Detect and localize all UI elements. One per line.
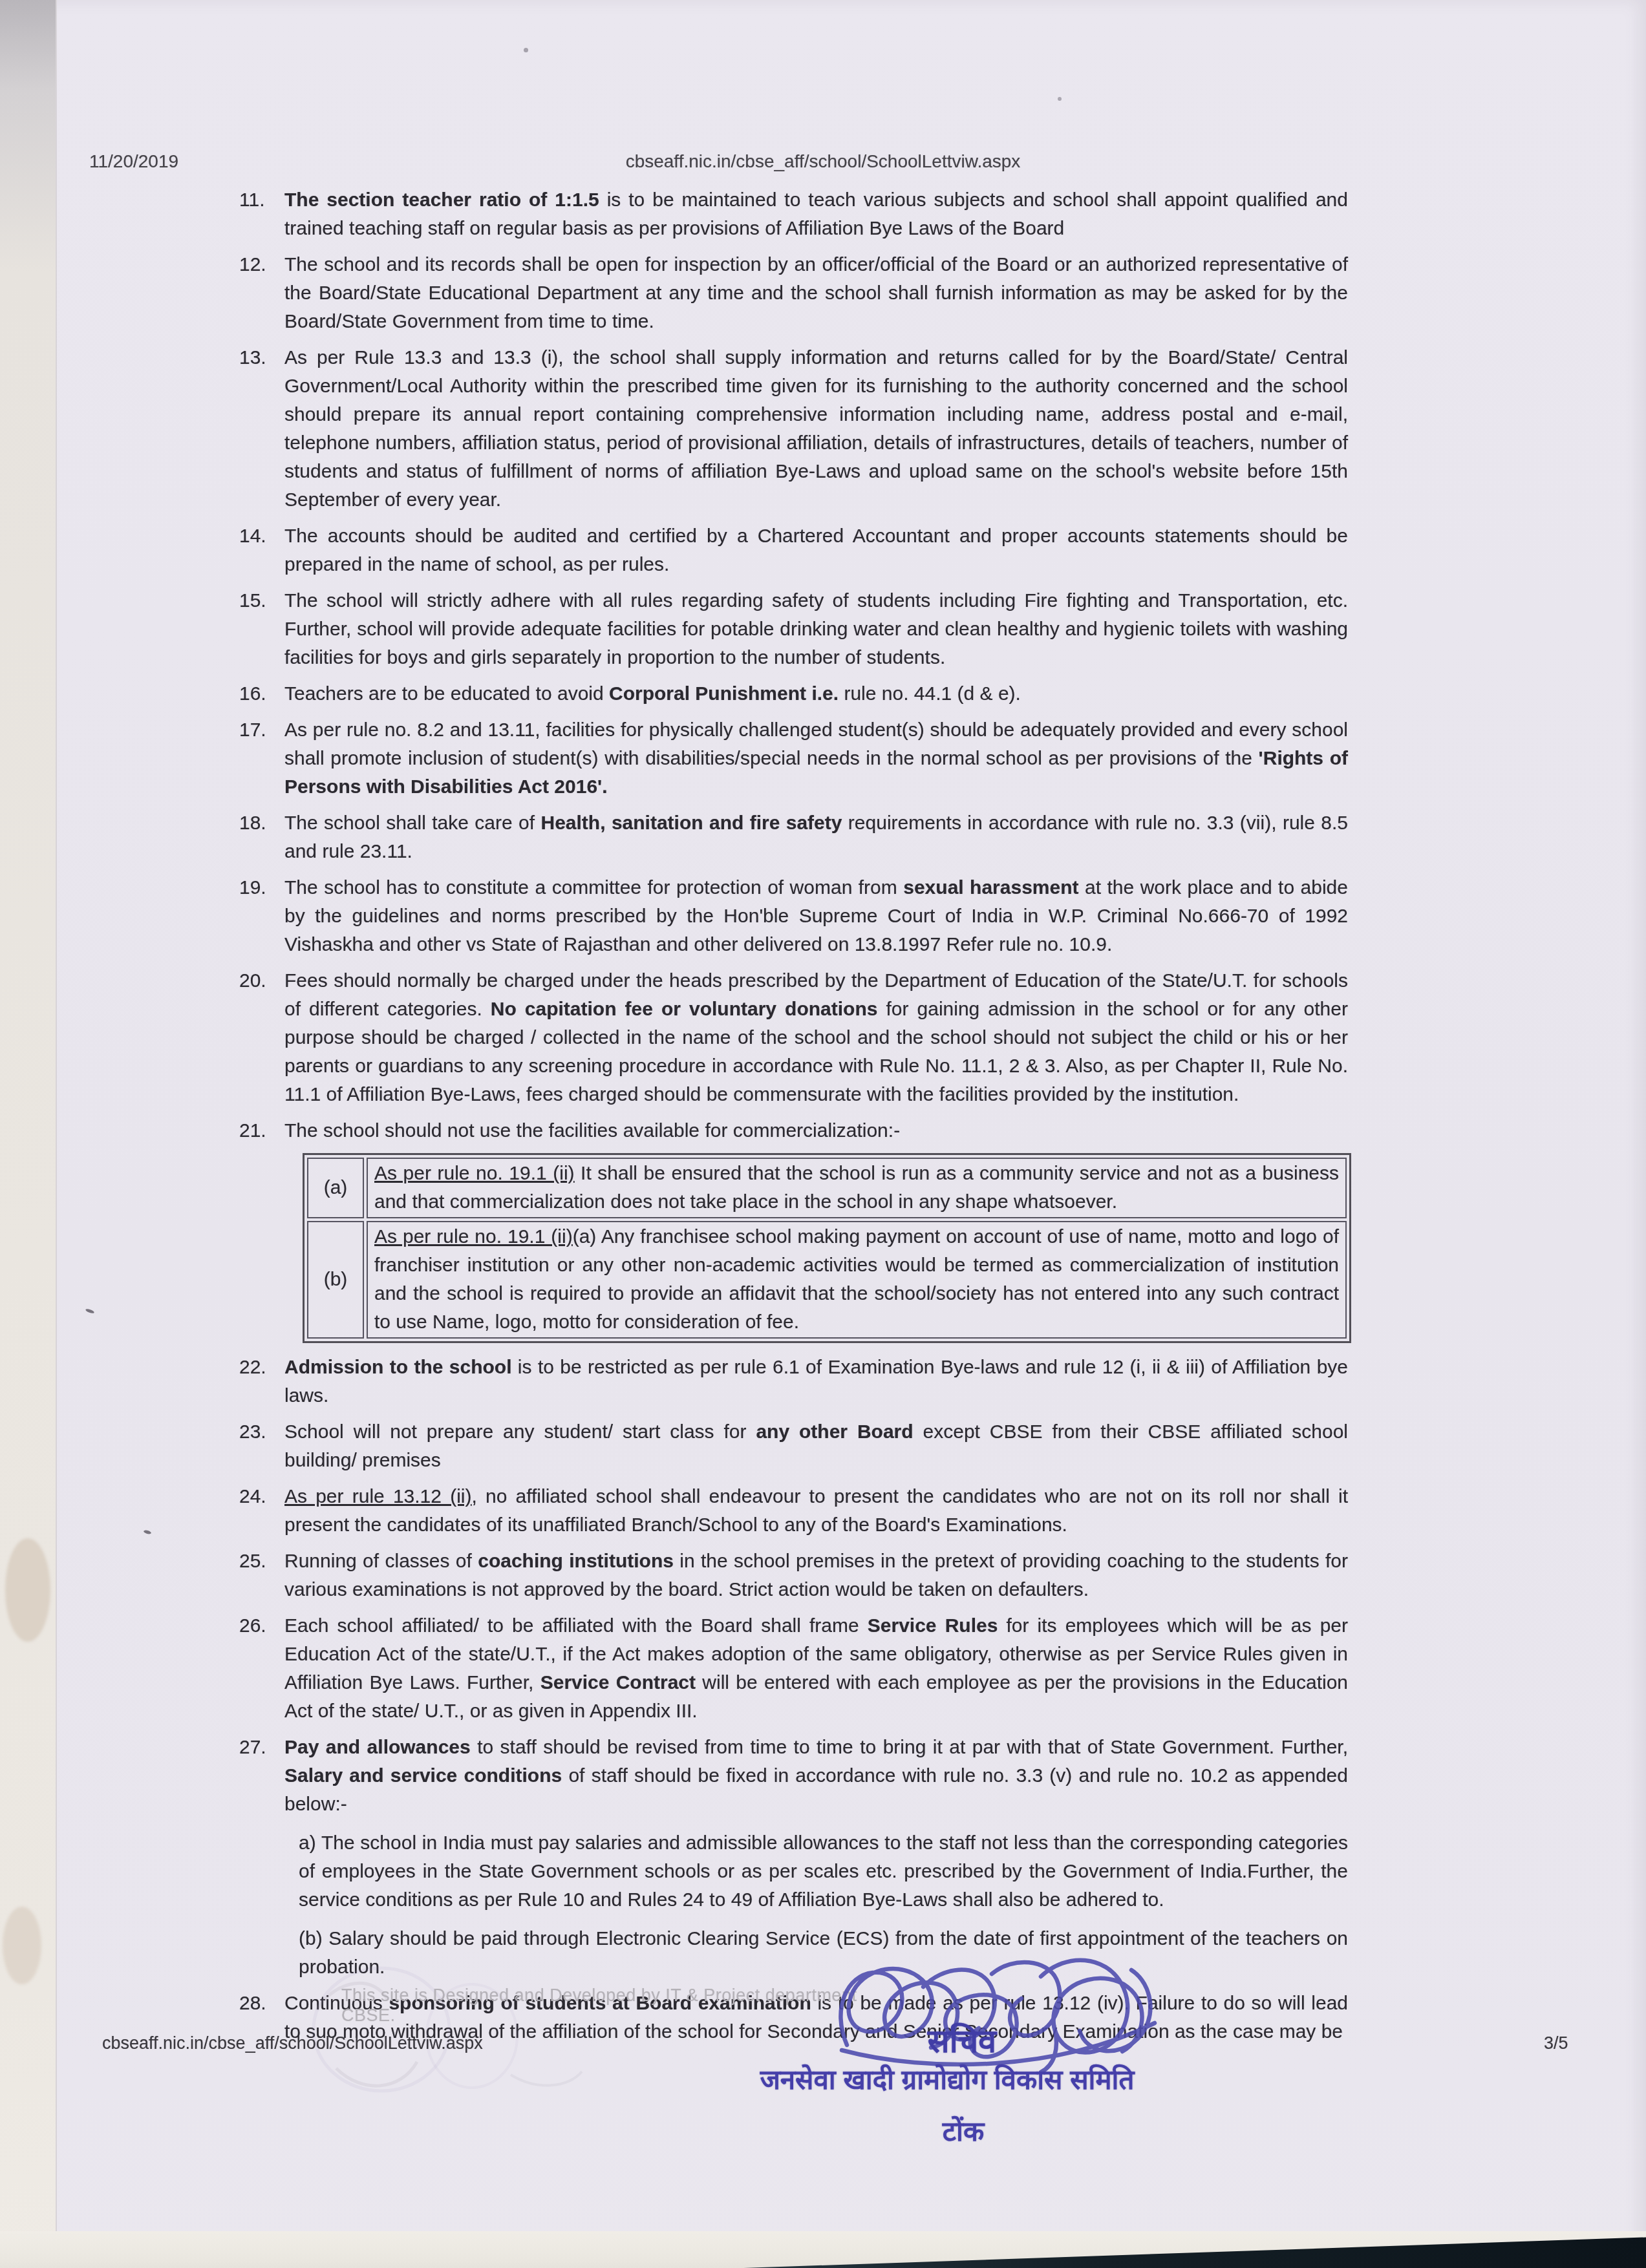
item-body: The school and its records shall be open… <box>284 251 1348 336</box>
scan-smudge <box>3 1907 41 1984</box>
text-run: Teachers are to be educated to avoid <box>284 683 609 705</box>
item-text: The school and its records shall be open… <box>284 251 1348 336</box>
item-number: 20. <box>239 967 284 1109</box>
item-body: The accounts should be audited and certi… <box>284 522 1348 579</box>
text-run: Salary and service conditions <box>284 1765 562 1786</box>
item-text: Pay and allowances to staff should be re… <box>284 1733 1348 1819</box>
item-body: Teachers are to be educated to avoid Cor… <box>284 680 1348 708</box>
text-run: coaching institutions <box>478 1551 674 1572</box>
list-item-11: 11.The section teacher ratio of 1:1.5 is… <box>239 186 1348 243</box>
commercialization-table: (a)As per rule no. 19.1 (ii) It shall be… <box>303 1153 1351 1343</box>
stamp-organization: जनसेवा खादी ग्रामोद्योग विकास समिति <box>701 2061 1193 2097</box>
text-run: Health, sanitation and fire safety <box>541 812 842 834</box>
page-number: 3/5 <box>1544 2033 1568 2053</box>
list-item-18: 18.The school shall take care of Health,… <box>239 809 1348 866</box>
item-body: The section teacher ratio of 1:1.5 is to… <box>284 186 1348 243</box>
item-text: As per rule 13.12 (ii), no affiliated sc… <box>284 1483 1348 1540</box>
item-body: School will not prepare any student/ sta… <box>284 1418 1348 1475</box>
list-item-24: 24.As per rule 13.12 (ii), no affiliated… <box>239 1483 1348 1540</box>
table-row: (a)As per rule no. 19.1 (ii) It shall be… <box>307 1158 1347 1218</box>
scan-speck <box>1058 97 1062 101</box>
item-text: School will not prepare any student/ sta… <box>284 1418 1348 1475</box>
item-text: Admission to the school is to be restric… <box>284 1353 1348 1410</box>
text-run: Each school affiliated/ to be affiliated… <box>284 1615 868 1637</box>
item-text: Each school affiliated/ to be affiliated… <box>284 1612 1348 1726</box>
item-number: 11. <box>239 186 284 243</box>
list-item-14: 14.The accounts should be audited and ce… <box>239 522 1348 579</box>
text-run: As per Rule 13.3 and 13.3 (i), the schoo… <box>284 347 1348 511</box>
text-run: sexual harassment <box>903 877 1078 898</box>
list-item-16: 16.Teachers are to be educated to avoid … <box>239 680 1348 708</box>
scanned-document-page: { "header": { "date": "11/20/2019", "url… <box>0 0 1646 2268</box>
paper-background: 11/20/2019 cbseaff.nic.in/cbse_aff/schoo… <box>0 0 1646 2268</box>
item-number: 21. <box>239 1117 284 1346</box>
list-item-13: 13.As per Rule 13.3 and 13.3 (i), the sc… <box>239 344 1348 514</box>
text-run: Corporal Punishment i.e. <box>609 683 839 705</box>
table-row: (b)As per rule no. 19.1 (ii)(a) Any fran… <box>307 1221 1347 1339</box>
list-item-12: 12.The school and its records shall be o… <box>239 251 1348 336</box>
text-run: a) The school in India must pay salaries… <box>299 1832 1348 1911</box>
item-text: The section teacher ratio of 1:1.5 is to… <box>284 186 1348 243</box>
stamp-designation: सचिव <box>884 2018 1040 2062</box>
rules-list: 11.The section teacher ratio of 1:1.5 is… <box>239 186 1348 2054</box>
item-text: Fees should normally be charged under th… <box>284 967 1348 1109</box>
list-item-23: 23.School will not prepare any student/ … <box>239 1418 1348 1475</box>
text-run: Service Contract <box>540 1672 696 1693</box>
text-run: As per rule no. 19.1 (ii) <box>374 1226 573 1247</box>
text-run: No capitation fee or voluntary donations <box>491 999 878 1020</box>
item-text: The school has to constitute a committee… <box>284 874 1348 959</box>
text-run: The accounts should be audited and certi… <box>284 525 1348 575</box>
list-item-26: 26.Each school affiliated/ to be affilia… <box>239 1612 1348 1726</box>
item-body: The school will strictly adhere with all… <box>284 587 1348 672</box>
text-run: As per rule no. 8.2 and 13.11, facilitie… <box>284 719 1348 769</box>
item-number: 23. <box>239 1418 284 1475</box>
text-run: The school has to constitute a committee… <box>284 877 903 898</box>
scan-speck <box>144 1530 152 1535</box>
list-item-19: 19.The school has to constitute a commit… <box>239 874 1348 959</box>
item-text: The accounts should be audited and certi… <box>284 522 1348 579</box>
list-item-25: 25.Running of classes of coaching instit… <box>239 1547 1348 1604</box>
item-body: The school shall take care of Health, sa… <box>284 809 1348 866</box>
stamp-place: टोंक <box>892 2112 1034 2149</box>
item-body: As per rule no. 8.2 and 13.11, facilitie… <box>284 716 1348 801</box>
text-run: The school shall take care of <box>284 812 541 834</box>
item-body: The school should not use the facilities… <box>284 1117 1348 1346</box>
item-body: As per Rule 13.3 and 13.3 (i), the schoo… <box>284 344 1348 514</box>
item-number: 22. <box>239 1353 284 1410</box>
text-run: any other Board <box>756 1421 913 1443</box>
text-run: Running of classes of <box>284 1551 478 1572</box>
list-item-21: 21.The school should not use the facilit… <box>239 1117 1348 1346</box>
item-body: Running of classes of coaching instituti… <box>284 1547 1348 1604</box>
item-body: The school has to constitute a committee… <box>284 874 1348 959</box>
item-number: 13. <box>239 344 284 514</box>
text-run: The section teacher ratio of 1:1.5 <box>284 189 599 211</box>
item-text: The school will strictly adhere with all… <box>284 587 1348 672</box>
list-item-17: 17.As per rule no. 8.2 and 13.11, facili… <box>239 716 1348 801</box>
text-run: The school should not use the facilities… <box>284 1120 900 1141</box>
text-run: to staff should be revised from time to … <box>471 1737 1348 1758</box>
item-body: Fees should normally be charged under th… <box>284 967 1348 1109</box>
item-body: Each school affiliated/ to be affiliated… <box>284 1612 1348 1726</box>
list-item-15: 15.The school will strictly adhere with … <box>239 587 1348 672</box>
list-item-22: 22.Admission to the school is to be rest… <box>239 1353 1348 1410</box>
item-text: Running of classes of coaching instituti… <box>284 1547 1348 1604</box>
item-subparagraph: a) The school in India must pay salaries… <box>284 1829 1348 1914</box>
text-run: Pay and allowances <box>284 1737 471 1758</box>
item-text: The school should not use the facilities… <box>284 1117 1348 1145</box>
text-run: The school and its records shall be open… <box>284 254 1348 332</box>
text-run: The school will strictly adhere with all… <box>284 590 1348 668</box>
scan-smudge <box>5 1538 50 1642</box>
item-number: 25. <box>239 1547 284 1604</box>
item-number: 24. <box>239 1483 284 1540</box>
scan-speck <box>85 1308 95 1314</box>
item-number: 18. <box>239 809 284 866</box>
item-number: 19. <box>239 874 284 959</box>
source-url-footer: cbseaff.nic.in/cbse_aff/school/SchoolLet… <box>102 2033 483 2053</box>
item-number: 14. <box>239 522 284 579</box>
row-label-cell: (b) <box>307 1221 364 1339</box>
text-run: Admission to the school <box>284 1357 511 1378</box>
text-run: As per rule no. 19.1 (ii) <box>374 1163 575 1184</box>
item-number: 17. <box>239 716 284 801</box>
item-body: As per rule 13.12 (ii), no affiliated sc… <box>284 1483 1348 1540</box>
item-body: Admission to the school is to be restric… <box>284 1353 1348 1410</box>
item-number: 12. <box>239 251 284 336</box>
item-text: The school shall take care of Health, sa… <box>284 809 1348 866</box>
row-text-cell: As per rule no. 19.1 (ii) It shall be en… <box>367 1158 1347 1218</box>
text-run: School will not prepare any student/ sta… <box>284 1421 756 1443</box>
item-text: As per Rule 13.3 and 13.3 (i), the schoo… <box>284 344 1348 514</box>
text-run: rule no. 44.1 (d & e). <box>839 683 1021 705</box>
list-item-20: 20.Fees should normally be charged under… <box>239 967 1348 1109</box>
item-number: 16. <box>239 680 284 708</box>
text-run: As per rule 13.12 (ii) <box>284 1486 471 1507</box>
scan-speck <box>524 48 528 52</box>
row-text-cell: As per rule no. 19.1 (ii)(a) Any franchi… <box>367 1221 1347 1339</box>
item-number: 26. <box>239 1612 284 1726</box>
text-run: Service Rules <box>868 1615 998 1637</box>
row-label-cell: (a) <box>307 1158 364 1218</box>
item-text: As per rule no. 8.2 and 13.11, facilitie… <box>284 716 1348 801</box>
item-number: 15. <box>239 587 284 672</box>
site-credit-note: This site is Designed and Developed by I… <box>341 1986 897 2026</box>
source-url-header: cbseaff.nic.in/cbse_aff/school/SchoolLet… <box>0 151 1646 172</box>
item-text: Teachers are to be educated to avoid Cor… <box>284 680 1348 708</box>
